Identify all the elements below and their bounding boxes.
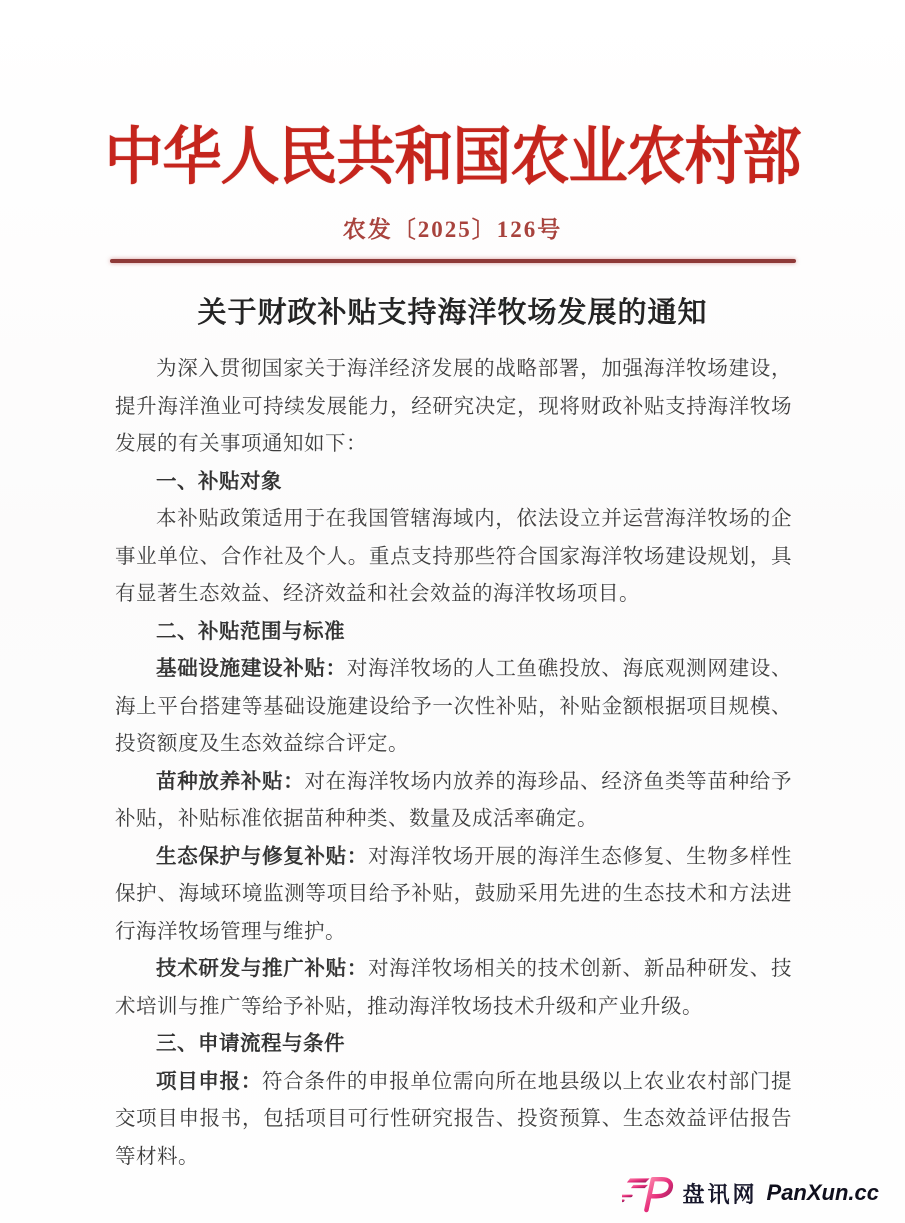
paragraph-subsidy-targets: 本补贴政策适用于在我国管辖海域内，依法设立并运营海洋牧场的企事业单位、合作社及个… xyxy=(115,501,792,614)
section-heading-1: 一、补贴对象 xyxy=(115,464,792,502)
paragraph-lead: 苗种放养补贴： xyxy=(156,771,304,793)
paragraph-lead: 基础设施建设补贴： xyxy=(156,658,347,680)
paragraph-text: 二、补贴范围与标准 xyxy=(156,621,345,643)
panxun-p-logo-icon xyxy=(622,1172,674,1214)
paragraph-ecology-subsidy: 生态保护与修复补贴：对海洋牧场开展的海洋生态修复、生物多样性保护、海域环境监测等… xyxy=(115,839,792,952)
section-heading-3: 三、申请流程与条件 xyxy=(115,1026,792,1064)
notice-title: 关于财政补贴支持海洋牧场发展的通知 xyxy=(0,290,905,331)
watermark-site-name-cn: 盘讯网 xyxy=(683,1178,758,1209)
paragraph-seedling-subsidy: 苗种放养补贴：对在海洋牧场内放养的海珍品、经济鱼类等苗种给予补贴，补贴标准依据苗… xyxy=(115,764,792,839)
section-heading-2: 二、补贴范围与标准 xyxy=(115,614,792,652)
paragraph-lead: 技术研发与推广补贴： xyxy=(156,958,368,980)
panxun-watermark: 盘讯网 PanXun.cc xyxy=(622,1172,880,1214)
paragraph-lead: 项目申报： xyxy=(156,1071,262,1093)
paragraph-text: 为深入贯彻国家关于海洋经济发展的战略部署，加强海洋牧场建设，提升海洋渔业可持续发… xyxy=(115,358,792,455)
paragraph-intro: 为深入贯彻国家关于海洋经济发展的战略部署，加强海洋牧场建设，提升海洋渔业可持续发… xyxy=(115,351,792,464)
paragraph-text: 一、补贴对象 xyxy=(156,471,282,493)
watermark-site-name-en: PanXun.cc xyxy=(767,1180,879,1206)
paragraph-text: 三、申请流程与条件 xyxy=(156,1033,345,1055)
paragraph-tech-subsidy: 技术研发与推广补贴：对海洋牧场相关的技术创新、新品种研发、技术培训与推广等给予补… xyxy=(115,951,792,1026)
notice-document-page: 中华人民共和国农业农村部 农发〔2025〕126号 关于财政补贴支持海洋牧场发展… xyxy=(0,0,905,1223)
document-number: 农发〔2025〕126号 xyxy=(0,211,905,244)
letterhead-agency-name: 中华人民共和国农业农村部 xyxy=(0,0,905,196)
paragraph-application: 项目申报：符合条件的申报单位需向所在地县级以上农业农村部门提交项目申报书，包括项… xyxy=(115,1064,792,1177)
notice-body: 为深入贯彻国家关于海洋经济发展的战略部署，加强海洋牧场建设，提升海洋渔业可持续发… xyxy=(115,351,792,1176)
red-divider-rule xyxy=(110,259,796,263)
paragraph-text: 本补贴政策适用于在我国管辖海域内，依法设立并运营海洋牧场的企事业单位、合作社及个… xyxy=(115,508,792,605)
paragraph-infrastructure-subsidy: 基础设施建设补贴：对海洋牧场的人工鱼礁投放、海底观测网建设、海上平台搭建等基础设… xyxy=(115,651,792,764)
paragraph-lead: 生态保护与修复补贴： xyxy=(156,846,368,868)
